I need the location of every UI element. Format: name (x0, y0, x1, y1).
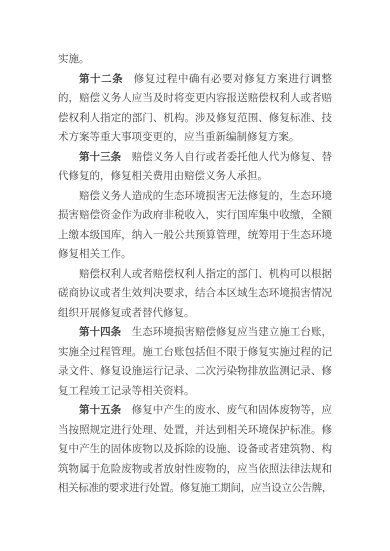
line-text: 实施。 (58, 54, 90, 65)
document-line: 筑物属于危险废物或者放射性废物的，应当依照法律法规和 (58, 460, 332, 480)
article-14-label: 第十四条 (79, 327, 121, 338)
line-text: 代修复的，修复相关费用由赔偿义务人承担。 (58, 171, 268, 182)
line-text: 损害赔偿资金作为政府非税收入，实行国库集中收缴，全额 (58, 210, 332, 221)
line-text: 术方案等重大事项变更的，应当重新编制修复方案。 (58, 132, 300, 143)
line-text: 生态环境损害赔偿修复应当建立施工台账， (132, 327, 332, 338)
document-line: 相关标准的要求进行处置。修复施工期间，应当设立公告牌， (58, 479, 332, 499)
line-text: 赔偿义务人造成的生态环境损害无法修复的，生态环境 (79, 191, 332, 202)
document-line: 代修复的，修复相关费用由赔偿义务人承担。 (58, 167, 332, 187)
document-line: 上缴本级国库，纳入一般公共预算管理，统筹用于生态环境 (58, 226, 332, 246)
document-line: 损害赔偿资金作为政府非税收入，实行国库集中收缴，全额 (58, 206, 332, 226)
article-12-label: 第十二条 (79, 74, 123, 85)
document-line: 当按照规定进行处理、处置，并达到相关环境保护标准。修 (58, 421, 332, 441)
document-line: 复工程竣工记录等相关资料。 (58, 382, 332, 402)
article-13-label: 第十三条 (79, 152, 121, 163)
document-line: 赔偿义务人造成的生态环境损害无法修复的，生态环境 (58, 187, 332, 207)
line-text: 赔偿权利人或者赔偿权利人指定的部门、机构可以根据 (79, 269, 332, 280)
line-text: 修复过程中确有必要对修复方案进行调整 (134, 74, 332, 85)
document-line: 复中产生的固体废物以及拆除的设施、设备或者建筑物、构 (58, 440, 332, 460)
document-line: 实施全过程管理。施工台账包括但不限于修复实施过程的记 (58, 343, 332, 363)
document-text-block: 实施。 第十二条修复过程中确有必要对修复方案进行调整 的，赔偿义务人应当及时将变… (58, 50, 332, 499)
document-line: 的，赔偿义务人应当及时将变更内容报送赔偿权利人或者赔 (58, 89, 332, 109)
article-13-first-line: 第十三条赔偿义务人自行或者委托他人代为修复、替 (58, 148, 332, 168)
line-text: 修复中产生的废水、废气和固体废物等，应 (132, 405, 332, 416)
document-line: 录文件、修复设施运行记录、二次污染物排放监测记录、修 (58, 362, 332, 382)
document-line: 实施。 (58, 50, 332, 70)
line-text: 复工程竣工记录等相关资料。 (58, 386, 195, 397)
line-text: 赔偿义务人自行或者委托他人代为修复、替 (132, 152, 332, 163)
line-text: 实施全过程管理。施工台账包括但不限于修复实施过程的记 (58, 347, 332, 358)
line-text: 复中产生的固体废物以及拆除的设施、设备或者建筑物、构 (58, 444, 332, 455)
document-line: 术方案等重大事项变更的，应当重新编制修复方案。 (58, 128, 332, 148)
article-15-first-line: 第十五条修复中产生的废水、废气和固体废物等，应 (58, 401, 332, 421)
document-line: 磋商协议或者生效判决要求，结合本区域生态环境损害情况 (58, 284, 332, 304)
line-text: 相关标准的要求进行处置。修复施工期间，应当设立公告牌， (58, 483, 332, 494)
document-line: 修复相关工作。 (58, 245, 332, 265)
document-page: 实施。 第十二条修复过程中确有必要对修复方案进行调整 的，赔偿义务人应当及时将变… (0, 0, 390, 551)
line-text: 的，赔偿义务人应当及时将变更内容报送赔偿权利人或者赔 (58, 93, 332, 104)
document-line: 赔偿权利人或者赔偿权利人指定的部门、机构可以根据 (58, 265, 332, 285)
article-14-first-line: 第十四条生态环境损害赔偿修复应当建立施工台账， (58, 323, 332, 343)
line-text: 上缴本级国库，纳入一般公共预算管理，统筹用于生态环境 (58, 230, 332, 241)
line-text: 磋商协议或者生效判决要求，结合本区域生态环境损害情况 (58, 288, 332, 299)
document-line: 偿权利人指定的部门、机构。涉及修复范围、修复标准、技 (58, 109, 332, 129)
line-text: 当按照规定进行处理、处置，并达到相关环境保护标准。修 (58, 425, 332, 436)
line-text: 偿权利人指定的部门、机构。涉及修复范围、修复标准、技 (58, 113, 332, 124)
line-text: 组织开展修复或者替代修复。 (58, 308, 195, 319)
line-text: 筑物属于危险废物或者放射性废物的，应当依照法律法规和 (58, 464, 332, 475)
document-line: 组织开展修复或者替代修复。 (58, 304, 332, 324)
article-12-first-line: 第十二条修复过程中确有必要对修复方案进行调整 (58, 70, 332, 90)
line-text: 录文件、修复设施运行记录、二次污染物排放监测记录、修 (58, 366, 332, 377)
line-text: 修复相关工作。 (58, 249, 132, 260)
article-15-label: 第十五条 (79, 405, 121, 416)
